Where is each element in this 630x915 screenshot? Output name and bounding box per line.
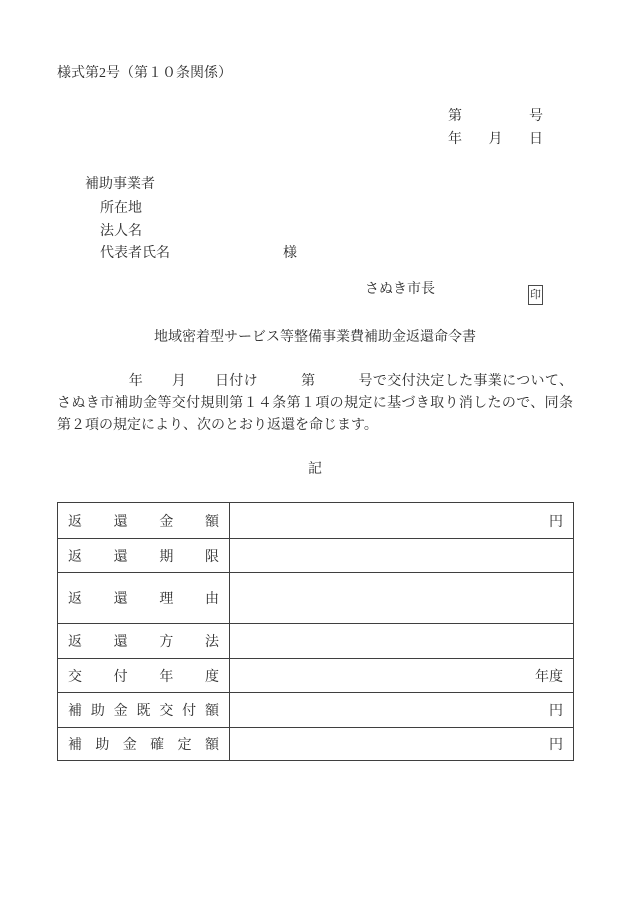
- date-year-label: 年: [448, 132, 462, 148]
- row-value-return-reason: [230, 573, 574, 624]
- table-row-return-reason: 返還理由: [58, 573, 574, 624]
- row-value-return-method: [230, 624, 574, 659]
- table-row-return-deadline: 返還期限: [58, 539, 574, 573]
- recipient-address-label: 所在地: [100, 201, 142, 217]
- row-label-return-amount: 返還金額: [58, 511, 229, 531]
- table-row-return-method: 返還方法: [58, 624, 574, 659]
- row-label-grant-fiscal-year: 交付年度: [58, 666, 229, 686]
- date-month-label: 月: [489, 132, 503, 148]
- recipient-representative-label: 代表者氏名: [100, 246, 170, 262]
- row-value-grant-fiscal-year: 年度: [230, 659, 574, 693]
- row-label-subsidy-confirmed-amount: 補助金確定額: [58, 734, 229, 754]
- date-day-label: 日: [529, 132, 543, 148]
- form-number: 様式第2号（第１０条関係）: [57, 66, 232, 82]
- row-value-subsidy-confirmed-amount: 円: [230, 728, 574, 761]
- document-page: 様式第2号（第１０条関係） 第 号 年 月 日 補助事業者 所在地 法人名 代表…: [0, 0, 630, 915]
- issuer-mayor-name: さぬき市長: [365, 282, 435, 298]
- return-details-table: 返還金額 円 返還期限 返還理由 返還方法 交付年度 年度 補助金既交付額 円: [57, 502, 574, 761]
- recipient-subsidized-entity-label: 補助事業者: [85, 177, 155, 193]
- seal-box: 印: [528, 285, 543, 305]
- recipient-honorific: 様: [283, 246, 297, 262]
- recipient-corporate-name-label: 法人名: [100, 224, 142, 240]
- table-row-return-amount: 返還金額 円: [58, 503, 574, 539]
- table-row-subsidy-already-paid: 補助金既交付額 円: [58, 693, 574, 728]
- row-value-return-amount: 円: [230, 503, 574, 539]
- row-value-return-deadline: [230, 539, 574, 573]
- document-number-suffix: 号: [529, 109, 543, 125]
- seal-label: 印: [530, 290, 541, 301]
- row-label-return-method: 返還方法: [58, 631, 229, 651]
- table-row-grant-fiscal-year: 交付年度 年度: [58, 659, 574, 693]
- row-label-return-reason: 返還理由: [58, 588, 229, 608]
- document-number-line: 第 号: [448, 109, 543, 125]
- table-row-subsidy-confirmed-amount: 補助金確定額 円: [58, 728, 574, 761]
- body-paragraph: 年 月 日付け 第 号で交付決定した事業について、さぬき市補助金等交付規則第１４…: [57, 371, 573, 437]
- row-label-return-deadline: 返還期限: [58, 546, 229, 566]
- row-value-subsidy-already-paid: 円: [230, 693, 574, 728]
- date-line: 年 月 日: [448, 132, 543, 148]
- ki-heading: 記: [0, 462, 630, 478]
- document-number-prefix: 第: [448, 109, 462, 125]
- row-label-subsidy-already-paid: 補助金既交付額: [58, 700, 229, 720]
- document-title: 地域密着型サービス等整備事業費補助金返還命令書: [0, 330, 630, 346]
